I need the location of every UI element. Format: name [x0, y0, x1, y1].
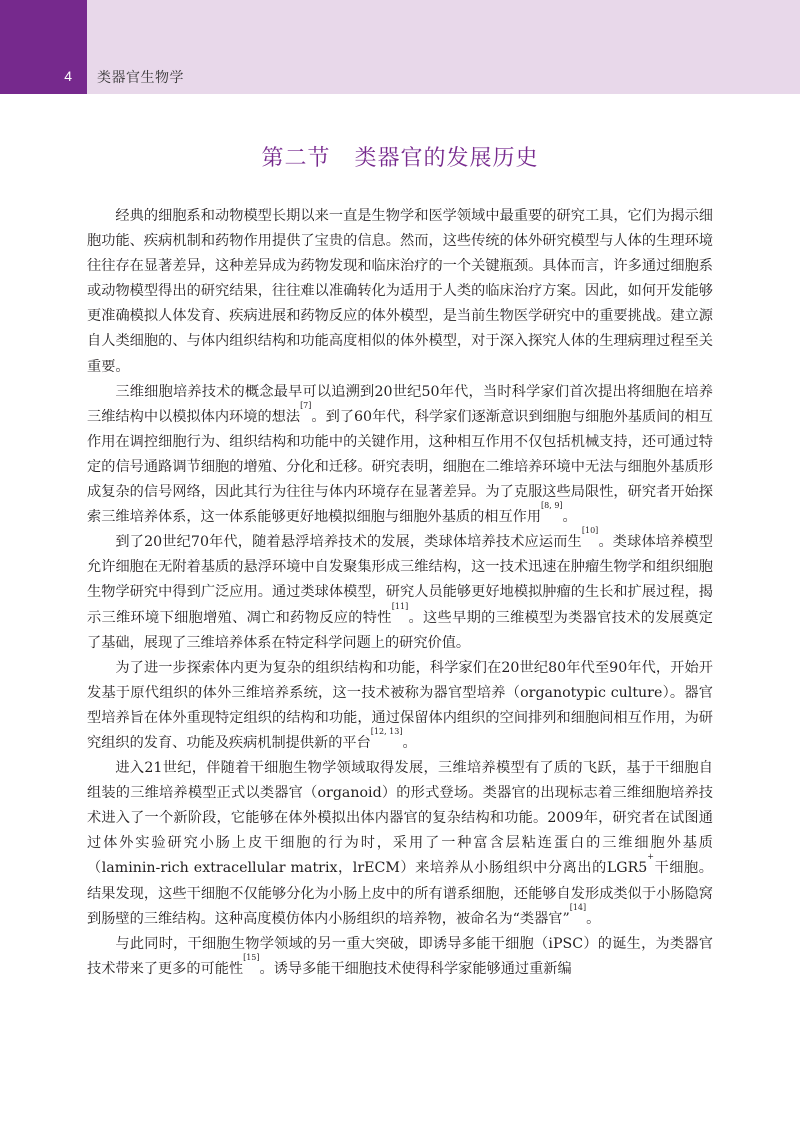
citation-ref: [12, 13] [371, 727, 403, 736]
paragraph: 与此同时，干细胞生物学领域的另一重大突破，即诱导多能干细胞（iPSC）的诞生，为… [87, 932, 713, 982]
paragraph-text: 。到了60年代，科学家们逐渐意识到细胞与细胞外基质间的相互作用在调控细胞行为、组… [87, 409, 713, 525]
paragraph-text: 。 [402, 735, 416, 751]
citation-ref: + [647, 852, 654, 861]
paragraph: 到了20世纪70年代，随着悬浮培养技术的发展，类球体培养技术应运而生[10]。类… [87, 530, 713, 655]
citation-ref: [10] [582, 526, 598, 535]
paragraph-text: 为了进一步探索体内更为复杂的组织结构和功能，科学家们在20世纪80年代至90年代… [87, 660, 713, 751]
citation-ref: [14] [570, 903, 586, 912]
body-text: 经典的细胞系和动物模型长期以来一直是生物学和医学领域中最重要的研究工具，它们为揭… [87, 204, 713, 982]
paragraph: 为了进一步探索体内更为复杂的组织结构和功能，科学家们在20世纪80年代至90年代… [87, 656, 713, 756]
paragraph: 进入21世纪，伴随着干细胞生物学领域取得发展，三维培养模型有了质的飞跃，基于干细… [87, 756, 713, 932]
paragraph-text: 到了20世纪70年代，随着悬浮培养技术的发展，类球体培养技术应运而生 [115, 534, 581, 550]
citation-ref: [7] [300, 401, 311, 410]
section-number: 第二节 [261, 146, 330, 171]
citation-ref: [11] [392, 602, 408, 611]
paragraph: 三维细胞培养技术的概念最早可以追溯到20世纪50年代，当时科学家们首次提出将细胞… [87, 380, 713, 531]
paragraph-text: 。诱导多能干细胞技术使得科学家能够通过重新编 [260, 961, 572, 977]
section-heading: 类器官的发展历史 [355, 146, 539, 171]
section-title: 第二节类器官的发展历史 [0, 141, 800, 172]
paragraph-text: 进入21世纪，伴随着干细胞生物学领域取得发展，三维培养模型有了质的飞跃，基于干细… [87, 760, 713, 876]
paragraph-text: 。 [586, 911, 600, 927]
running-title: 类器官生物学 [97, 67, 184, 87]
citation-ref: [8, 9] [541, 501, 563, 510]
paragraph-text: 。 [563, 509, 577, 525]
page-number: 4 [0, 68, 72, 84]
citation-ref: [15] [243, 953, 259, 962]
paragraph-text: 经典的细胞系和动物模型长期以来一直是生物学和医学领域中最重要的研究工具，它们为揭… [87, 208, 713, 375]
paragraph: 经典的细胞系和动物模型长期以来一直是生物学和医学领域中最重要的研究工具，它们为揭… [87, 204, 713, 380]
